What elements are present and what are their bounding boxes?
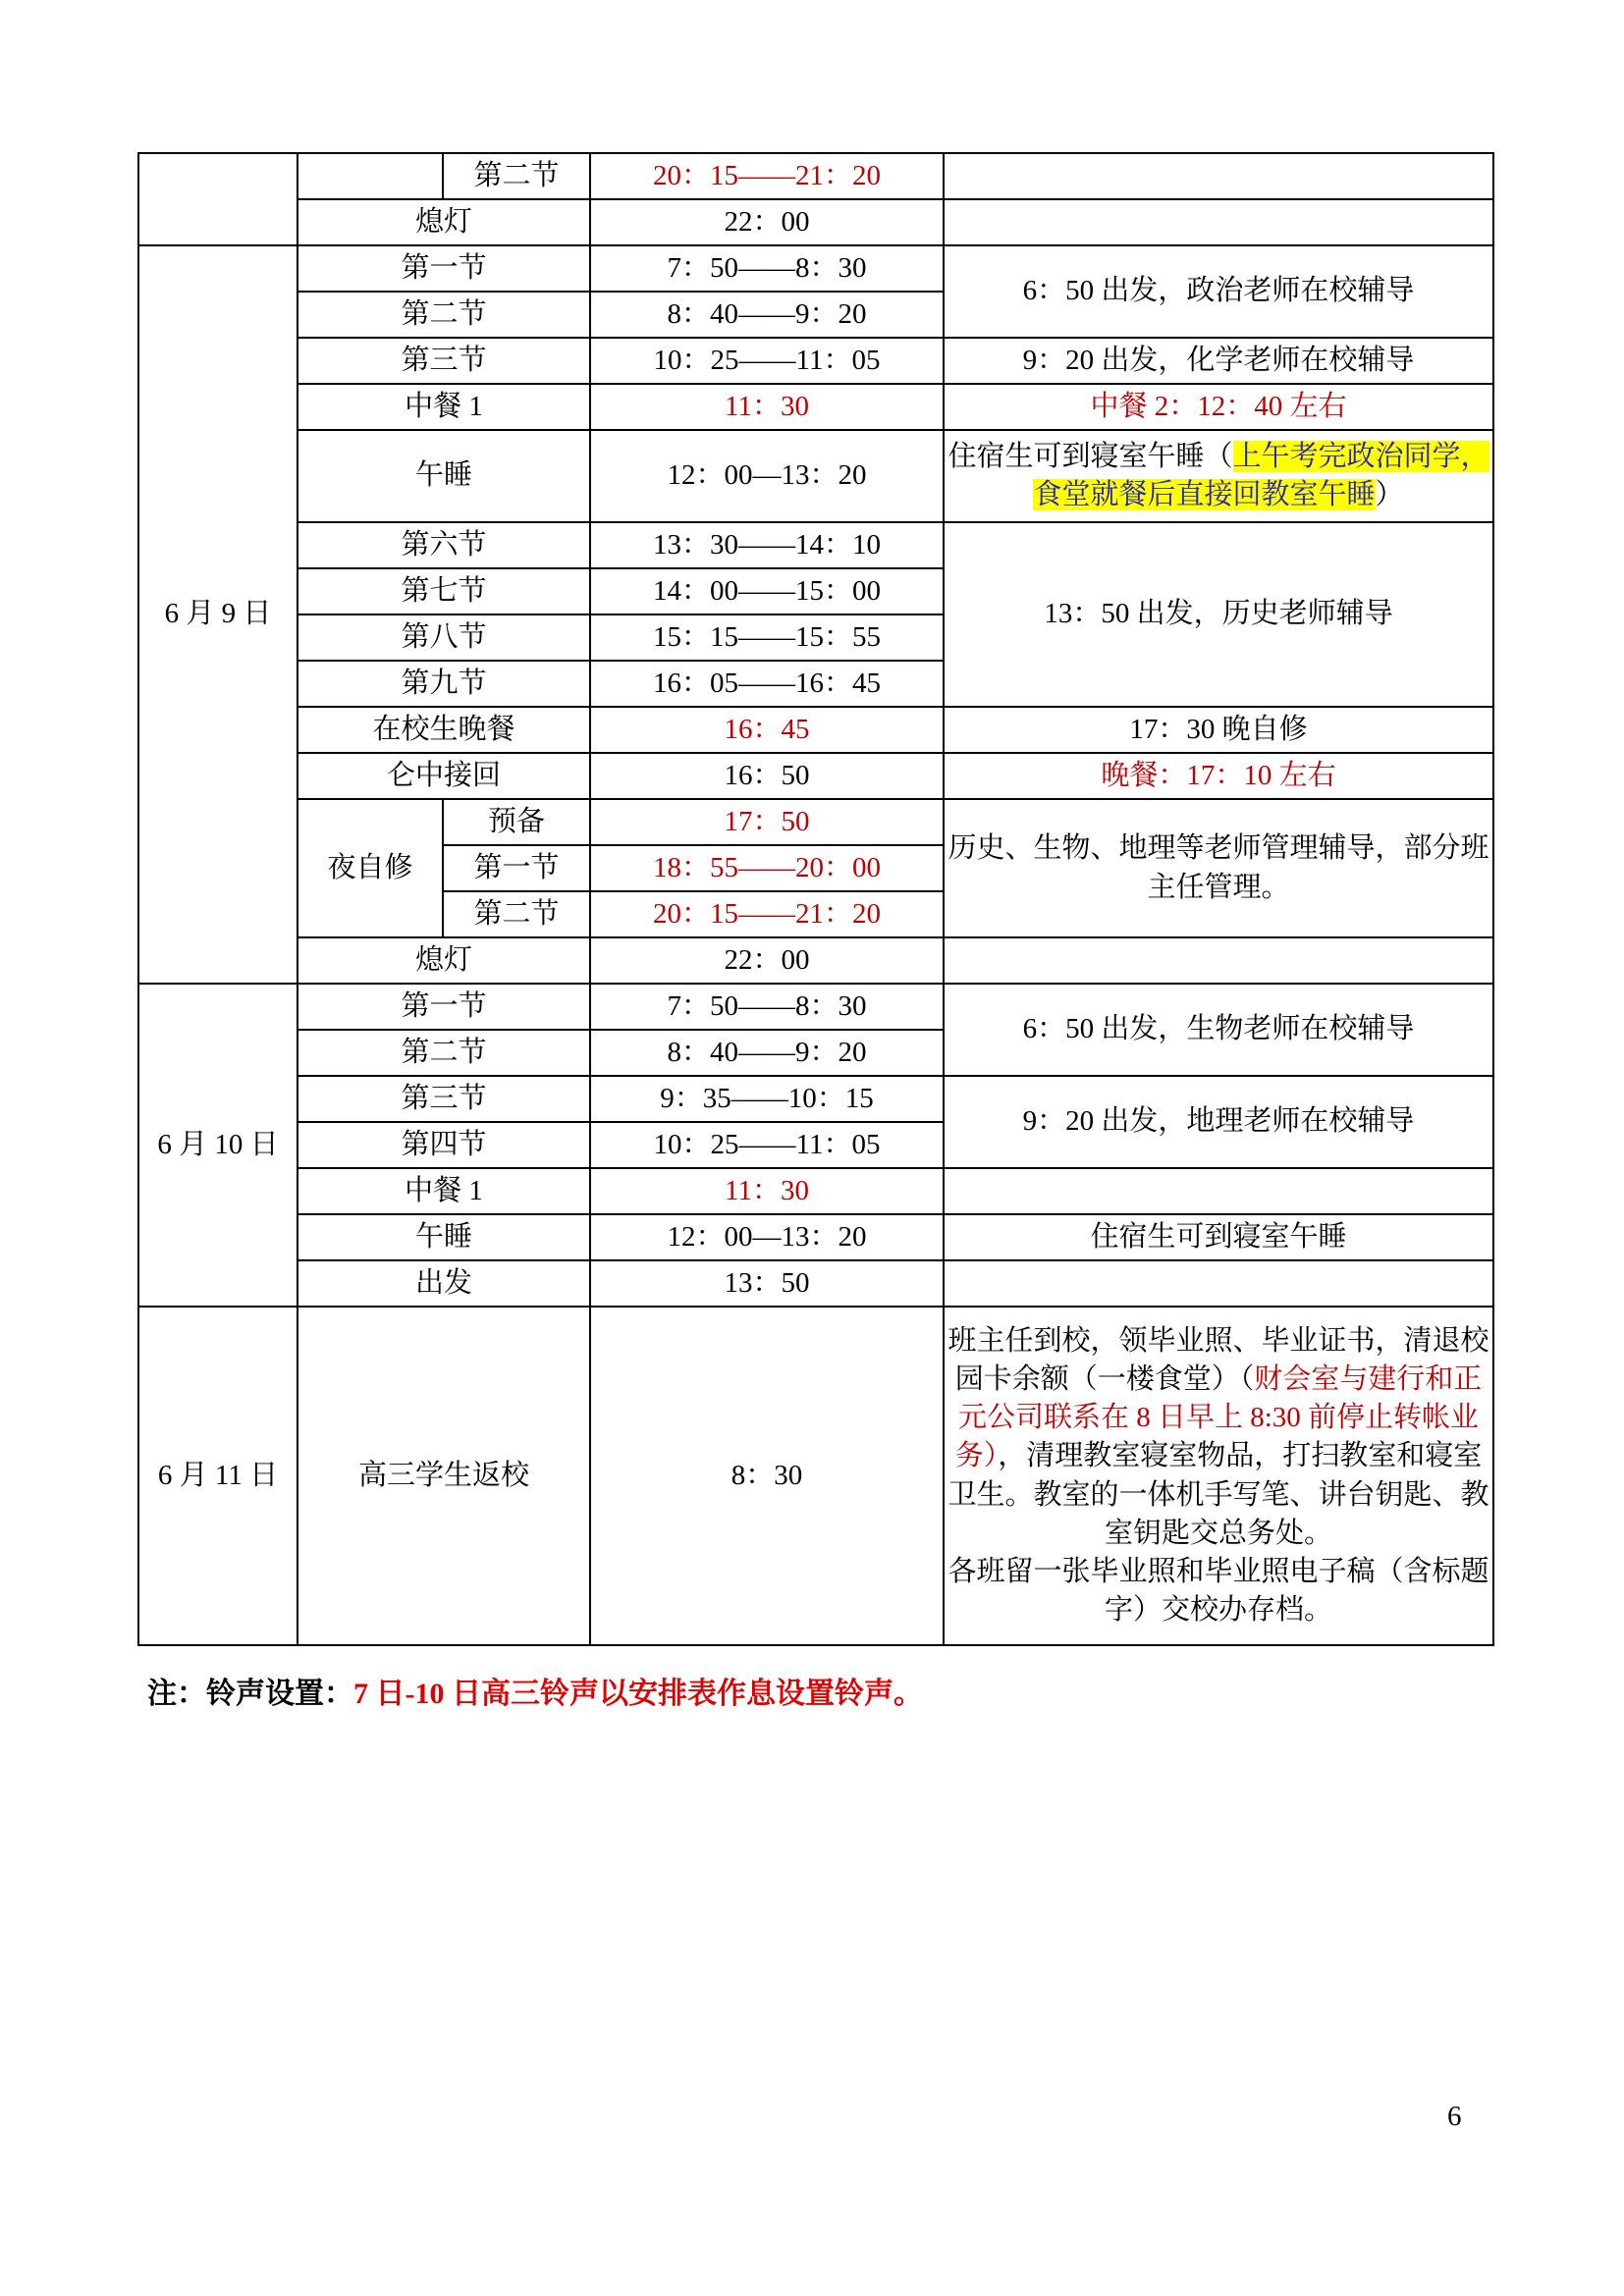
activity-cell: 中餐 1 (298, 1168, 590, 1214)
note-cell: 6：50 出发，政治老师在校辅导 (944, 245, 1493, 338)
activity-cell: 第四节 (298, 1122, 590, 1168)
activity-cell: 中餐 1 (298, 384, 590, 430)
note-text: ，清理教室寝室物品，打扫教室和寝室卫生。教室的一体机手写笔、讲台钥匙、教室钥匙交… (947, 1440, 1489, 1548)
activity-cell: 第二节 (298, 1030, 590, 1076)
note-cell: 住宿生可到寝室午睡 (944, 1214, 1493, 1260)
activity-cell: 第三节 (298, 338, 590, 384)
activity-cell: 熄灯 (298, 937, 590, 984)
time-cell: 16：50 (590, 753, 944, 799)
table-row: 熄灯 22：00 (138, 937, 1493, 984)
time-cell: 22：00 (590, 199, 944, 245)
note-cell: 住宿生可到寝室午睡（上午考完政治同学，食堂就餐后直接回教室午睡） (944, 430, 1493, 522)
date-cell: 6 月 9 日 (138, 245, 298, 984)
activity-cell: 出发 (298, 1260, 590, 1307)
note-text: 住宿生可到寝室午睡（ (947, 441, 1232, 472)
date-cell: 6 月 10 日 (138, 984, 298, 1307)
note-text: ） (1376, 479, 1404, 510)
period-cell: 第二节 (443, 153, 590, 199)
time-cell: 22：00 (590, 937, 944, 984)
note-paragraph: 班主任到校，领毕业照、毕业证书，清退校园卡余额（一楼食堂）（财会室与建行和正元公… (947, 1322, 1490, 1553)
time-cell: 13：30——14：10 (590, 522, 944, 568)
note-cell: 17：30 晚自修 (944, 707, 1493, 753)
note-cell (944, 153, 1493, 199)
note-cell (944, 1260, 1493, 1307)
period-cell: 第二节 (443, 891, 590, 937)
time-cell: 7：50——8：30 (590, 245, 944, 292)
activity-cell: 第六节 (298, 522, 590, 568)
period-cell: 预备 (443, 799, 590, 845)
note-cell: 13：50 出发，历史老师辅导 (944, 522, 1493, 707)
table-row: 6 月 10 日 第一节 7：50——8：30 6：50 出发，生物老师在校辅导 (138, 984, 1493, 1030)
time-cell: 16：05——16：45 (590, 661, 944, 707)
table-row: 午睡 12：00—13：20 住宿生可到寝室午睡 (138, 1214, 1493, 1260)
activity-cell: 在校生晚餐 (298, 707, 590, 753)
time-cell: 8：40——9：20 (590, 292, 944, 338)
note-cell: 班主任到校，领毕业照、毕业证书，清退校园卡余额（一楼食堂）（财会室与建行和正元公… (944, 1307, 1493, 1645)
time-cell: 16：45 (590, 707, 944, 753)
table-row: 夜自修 预备 17：50 历史、生物、地理等老师管理辅导，部分班主任管理。 (138, 799, 1493, 845)
time-cell: 10：25——11：05 (590, 338, 944, 384)
time-cell: 12：00—13：20 (590, 430, 944, 522)
table-row: 仑中接回 16：50 晚餐：17：10 左右 (138, 753, 1493, 799)
note-cell: 历史、生物、地理等老师管理辅导，部分班主任管理。 (944, 799, 1493, 937)
document-page: 第二节 20：15——21：20 熄灯 22：00 6 月 9 日 第一节 7：… (0, 0, 1624, 2296)
table-row: 午睡 12：00—13：20 住宿生可到寝室午睡（上午考完政治同学，食堂就餐后直… (138, 430, 1493, 522)
time-cell: 20：15——21：20 (590, 891, 944, 937)
table-row: 第三节 9：35——10：15 9：20 出发，地理老师在校辅导 (138, 1076, 1493, 1122)
time-cell: 11：30 (590, 384, 944, 430)
activity-cell: 第九节 (298, 661, 590, 707)
time-cell: 9：35——10：15 (590, 1076, 944, 1122)
activity-cell: 高三学生返校 (298, 1307, 590, 1645)
note-cell: 9：20 出发，地理老师在校辅导 (944, 1076, 1493, 1168)
table-row: 熄灯 22：00 (138, 199, 1493, 245)
table-row: 中餐 1 11：30 中餐 2：12：40 左右 (138, 384, 1493, 430)
note-cell: 晚餐：17：10 左右 (944, 753, 1493, 799)
group-cell: 夜自修 (298, 799, 443, 937)
time-cell: 13：50 (590, 1260, 944, 1307)
note-body-red: 7 日-10 日高三铃声以安排表作息设置铃声。 (353, 1678, 923, 1710)
period-cell: 第一节 (443, 845, 590, 891)
note-paragraph: 各班留一张毕业照和毕业照电子稿（含标题字）交校办存档。 (947, 1553, 1490, 1629)
activity-cell: 午睡 (298, 430, 590, 522)
activity-cell: 仑中接回 (298, 753, 590, 799)
time-cell: 20：15——21：20 (590, 153, 944, 199)
table-row: 第三节 10：25——11：05 9：20 出发，化学老师在校辅导 (138, 338, 1493, 384)
table-row: 中餐 1 11：30 (138, 1168, 1493, 1214)
time-cell: 15：15——15：55 (590, 614, 944, 661)
table-row: 第二节 20：15——21：20 (138, 153, 1493, 199)
time-cell: 12：00—13：20 (590, 1214, 944, 1260)
time-cell: 8：30 (590, 1307, 944, 1645)
note-cell (944, 199, 1493, 245)
note-cell (944, 1168, 1493, 1214)
table-row: 第六节 13：30——14：10 13：50 出发，历史老师辅导 (138, 522, 1493, 568)
note-cell: 6：50 出发，生物老师在校辅导 (944, 984, 1493, 1076)
table-row: 出发 13：50 (138, 1260, 1493, 1307)
page-number: 6 (1447, 2101, 1462, 2133)
activity-cell: 第二节 (298, 292, 590, 338)
time-cell: 14：00——15：00 (590, 568, 944, 614)
date-cell (138, 153, 298, 245)
group-cell (298, 153, 443, 199)
time-cell: 10：25——11：05 (590, 1122, 944, 1168)
table-row: 6 月 9 日 第一节 7：50——8：30 6：50 出发，政治老师在校辅导 (138, 245, 1493, 292)
bell-settings-note: 注：铃声设置：7 日-10 日高三铃声以安排表作息设置铃声。 (147, 1669, 923, 1712)
schedule-table: 第二节 20：15——21：20 熄灯 22：00 6 月 9 日 第一节 7：… (137, 152, 1494, 1646)
table-row: 在校生晚餐 16：45 17：30 晚自修 (138, 707, 1493, 753)
time-cell: 11：30 (590, 1168, 944, 1214)
activity-cell: 第七节 (298, 568, 590, 614)
date-cell: 6 月 11 日 (138, 1307, 298, 1645)
note-cell (944, 937, 1493, 984)
time-cell: 8：40——9：20 (590, 1030, 944, 1076)
activity-cell: 第一节 (298, 245, 590, 292)
activity-cell: 第一节 (298, 984, 590, 1030)
activity-cell: 熄灯 (298, 199, 590, 245)
note-cell: 中餐 2：12：40 左右 (944, 384, 1493, 430)
note-cell: 9：20 出发，化学老师在校辅导 (944, 338, 1493, 384)
note-prefix: 注：铃声设置： (147, 1678, 353, 1710)
time-cell: 17：50 (590, 799, 944, 845)
note-text: 各班留一张毕业照和毕业照电子稿（含标题字）交校办存档。 (947, 1556, 1489, 1626)
activity-cell: 第三节 (298, 1076, 590, 1122)
time-cell: 7：50——8：30 (590, 984, 944, 1030)
activity-cell: 第八节 (298, 614, 590, 661)
table-row: 6 月 11 日 高三学生返校 8：30 班主任到校，领毕业照、毕业证书，清退校… (138, 1307, 1493, 1645)
time-cell: 18：55——20：00 (590, 845, 944, 891)
activity-cell: 午睡 (298, 1214, 590, 1260)
